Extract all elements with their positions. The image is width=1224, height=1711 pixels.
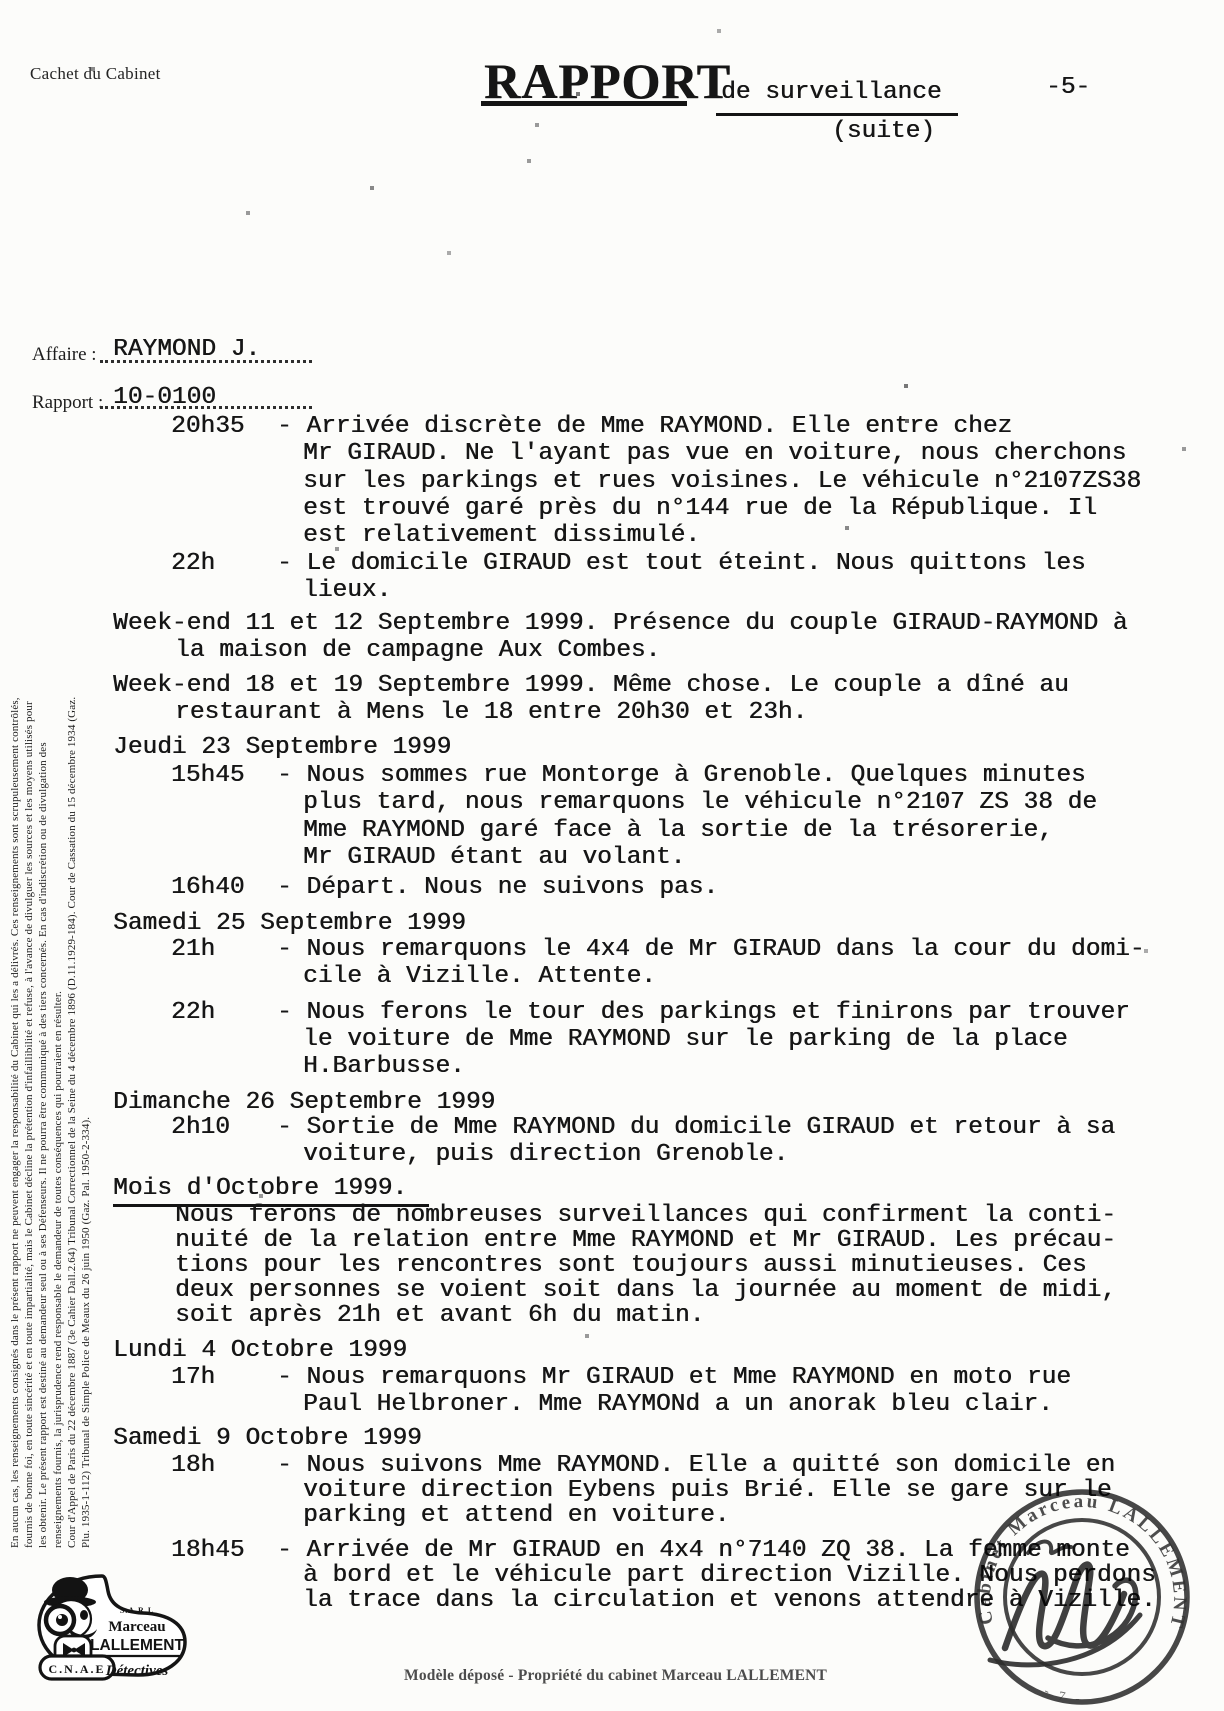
entry-text: - Arrivée discrète de Mme RAYMOND. Elle … bbox=[277, 413, 1012, 441]
date-heading: Week-end 18 et 19 Septembre 1999. Même c… bbox=[113, 672, 1069, 700]
date-heading: Jeudi 23 Septembre 1999 bbox=[113, 734, 451, 762]
entry-text: le voiture de Mme RAYMOND sur le parking… bbox=[303, 1026, 1068, 1054]
time-label: 17h bbox=[171, 1364, 215, 1392]
entry-text: nuité de la relation entre Mme RAYMOND e… bbox=[175, 1227, 1116, 1255]
stamp-bottom-text: - 7 - bbox=[1042, 1683, 1084, 1706]
cachet-du-cabinet-label: Cachet du Cabinet bbox=[30, 64, 161, 84]
report-line: 15h45- Nous sommes rue Montorge à Grenob… bbox=[0, 762, 1224, 790]
report-line: Samedi 25 Septembre 1999 bbox=[0, 910, 1224, 938]
time-label: 22h bbox=[171, 999, 215, 1027]
time-label: 18h bbox=[171, 1452, 215, 1480]
time-label: 20h35 bbox=[171, 413, 245, 441]
report-subtitle-suite: (suite) bbox=[832, 118, 935, 145]
entry-text: - Départ. Nous ne suivons pas. bbox=[277, 874, 718, 902]
entry-text: Nous ferons de nombreuses surveillances … bbox=[175, 1202, 1116, 1230]
entry-text: soit après 21h et avant 6h du matin. bbox=[175, 1302, 704, 1330]
rapport-dotted-line bbox=[100, 406, 312, 409]
affaire-dotted-line bbox=[100, 360, 312, 363]
report-line: Week-end 11 et 12 Septembre 1999. Présen… bbox=[0, 610, 1224, 638]
report-line: H.Barbusse. bbox=[0, 1053, 1224, 1081]
report-line: Mme RAYMOND garé face à la sortie de la … bbox=[0, 817, 1224, 845]
entry-text: plus tard, nous remarquons le véhicule n… bbox=[303, 789, 1097, 817]
report-line: voiture, puis direction Grenoble. bbox=[0, 1141, 1224, 1169]
entry-text: est relativement dissimulé. bbox=[303, 522, 700, 550]
report-line: 16h40- Départ. Nous ne suivons pas. bbox=[0, 874, 1224, 902]
report-line: Lundi 4 Octobre 1999 bbox=[0, 1337, 1224, 1365]
entry-text: - Nous remarquons le 4x4 de Mr GIRAUD da… bbox=[277, 936, 1144, 964]
entry-text: - Nous remarquons Mr GIRAUD et Mme RAYMO… bbox=[277, 1364, 1071, 1392]
report-line: Mois d'Octobre 1999. bbox=[0, 1175, 1224, 1203]
report-line: restaurant à Mens le 18 entre 20h30 et 2… bbox=[0, 699, 1224, 727]
affaire-value: RAYMOND J. bbox=[113, 336, 260, 363]
report-line: 2h10- Sortie de Mme RAYMOND du domicile … bbox=[0, 1114, 1224, 1142]
subtitle-underline bbox=[716, 113, 958, 116]
federation-badge-label: C.N.A.E bbox=[48, 1662, 105, 1676]
entry-text: sur les parkings et rues voisines. Le vé… bbox=[303, 468, 1141, 496]
report-line: Samedi 9 Octobre 1999 bbox=[0, 1425, 1224, 1453]
time-label: 21h bbox=[171, 936, 215, 964]
report-line: Nous ferons de nombreuses surveillances … bbox=[0, 1202, 1224, 1230]
time-label: 15h45 bbox=[171, 762, 245, 790]
report-line: plus tard, nous remarquons le véhicule n… bbox=[0, 789, 1224, 817]
report-line: Mr GIRAUD. Ne l'ayant pas vue en voiture… bbox=[0, 440, 1224, 468]
date-heading: Lundi 4 Octobre 1999 bbox=[113, 1337, 407, 1365]
report-line: Paul Helbroner. Mme RAYMONd a un anorak … bbox=[0, 1391, 1224, 1419]
report-line: 20h35- Arrivée discrète de Mme RAYMOND. … bbox=[0, 413, 1224, 441]
logo-profession: Détectives bbox=[105, 1663, 169, 1679]
scanned-report-page: Cachet du Cabinet RAPPORT de surveillanc… bbox=[0, 0, 1224, 1711]
report-subtitle: de surveillance bbox=[721, 79, 942, 106]
cabinet-ink-stamp: Cabinet Marceau LALLEMENT - 7 - bbox=[940, 1455, 1224, 1711]
entry-text: Mr GIRAUD étant au volant. bbox=[303, 844, 685, 872]
entry-text: - Sortie de Mme RAYMOND du domicile GIRA… bbox=[277, 1114, 1115, 1142]
report-line: Mr GIRAUD étant au volant. bbox=[0, 844, 1224, 872]
logo-company-type: S.A.R.L bbox=[120, 1606, 154, 1615]
report-line: nuité de la relation entre Mme RAYMOND e… bbox=[0, 1227, 1224, 1255]
entry-text: restaurant à Mens le 18 entre 20h30 et 2… bbox=[175, 699, 807, 727]
svg-text:- 7 -: - 7 - bbox=[1042, 1683, 1084, 1706]
entry-text: H.Barbusse. bbox=[303, 1053, 465, 1081]
date-heading: Week-end 11 et 12 Septembre 1999. Présen… bbox=[113, 610, 1127, 638]
entry-text: - Le domicile GIRAUD est tout éteint. No… bbox=[277, 550, 1086, 578]
entry-text: cile à Vizille. Attente. bbox=[303, 963, 656, 991]
time-label: 2h10 bbox=[171, 1114, 230, 1142]
report-line: sur les parkings et rues voisines. Le vé… bbox=[0, 468, 1224, 496]
report-line: 22h- Nous ferons le tour des parkings et… bbox=[0, 999, 1224, 1027]
entry-text: lieux. bbox=[303, 577, 391, 605]
report-line: est relativement dissimulé. bbox=[0, 522, 1224, 550]
entry-text: - Nous ferons le tour des parkings et fi… bbox=[277, 999, 1130, 1027]
entry-text: deux personnes se voient soit dans la jo… bbox=[175, 1277, 1116, 1305]
report-line: tions pour les rencontres sont toujours … bbox=[0, 1252, 1224, 1280]
entry-text: voiture, puis direction Grenoble. bbox=[303, 1141, 788, 1169]
report-line: soit après 21h et avant 6h du matin. bbox=[0, 1302, 1224, 1330]
report-line: Jeudi 23 Septembre 1999 bbox=[0, 734, 1224, 762]
date-heading: Samedi 25 Septembre 1999 bbox=[113, 910, 466, 938]
report-line: le voiture de Mme RAYMOND sur le parking… bbox=[0, 1026, 1224, 1054]
entry-text: la maison de campagne Aux Combes. bbox=[175, 637, 660, 665]
affaire-label: Affaire : bbox=[32, 344, 97, 366]
report-line: cile à Vizille. Attente. bbox=[0, 963, 1224, 991]
deposit-notice: Modèle déposé - Propriété du cabinet Mar… bbox=[404, 1667, 827, 1685]
report-line: deux personnes se voient soit dans la jo… bbox=[0, 1277, 1224, 1305]
time-label: 18h45 bbox=[171, 1537, 245, 1565]
entry-text: Paul Helbroner. Mme RAYMONd a un anorak … bbox=[303, 1391, 1053, 1419]
report-line: Week-end 18 et 19 Septembre 1999. Même c… bbox=[0, 672, 1224, 700]
date-heading: Samedi 9 Octobre 1999 bbox=[113, 1425, 422, 1453]
report-line: lieux. bbox=[0, 577, 1224, 605]
entry-text: Mr GIRAUD. Ne l'ayant pas vue en voiture… bbox=[303, 440, 1126, 468]
scan-noise bbox=[0, 0, 2, 2]
report-line: 21h- Nous remarquons le 4x4 de Mr GIRAUD… bbox=[0, 936, 1224, 964]
report-line: Dimanche 26 Septembre 1999 bbox=[0, 1089, 1224, 1117]
report-line: 22h- Le domicile GIRAUD est tout éteint.… bbox=[0, 550, 1224, 578]
time-label: 16h40 bbox=[171, 874, 245, 902]
report-line: 17h- Nous remarquons Mr GIRAUD et Mme RA… bbox=[0, 1364, 1224, 1392]
title-underline bbox=[481, 101, 687, 106]
entry-text: - Nous sommes rue Montorge à Grenoble. Q… bbox=[277, 762, 1086, 790]
page-number: -5- bbox=[1046, 74, 1090, 101]
agency-logo: C.N.A.E S.A.R.L Marceau LALLEMENT Détect… bbox=[24, 1573, 191, 1694]
time-label: 22h bbox=[171, 550, 215, 578]
report-line: la maison de campagne Aux Combes. bbox=[0, 637, 1224, 665]
logo-first-name: Marceau bbox=[108, 1619, 165, 1635]
entry-text: tions pour les rencontres sont toujours … bbox=[175, 1252, 1087, 1280]
entry-text: Mme RAYMOND garé face à la sortie de la … bbox=[303, 817, 1053, 845]
entry-text: est trouvé garé près du n°144 rue de la … bbox=[303, 495, 1097, 523]
logo-last-name: LALLEMENT bbox=[90, 1637, 184, 1654]
report-line: est trouvé garé près du n°144 rue de la … bbox=[0, 495, 1224, 523]
date-heading: Dimanche 26 Septembre 1999 bbox=[113, 1089, 495, 1117]
entry-text: parking et attend en voiture. bbox=[303, 1502, 729, 1530]
